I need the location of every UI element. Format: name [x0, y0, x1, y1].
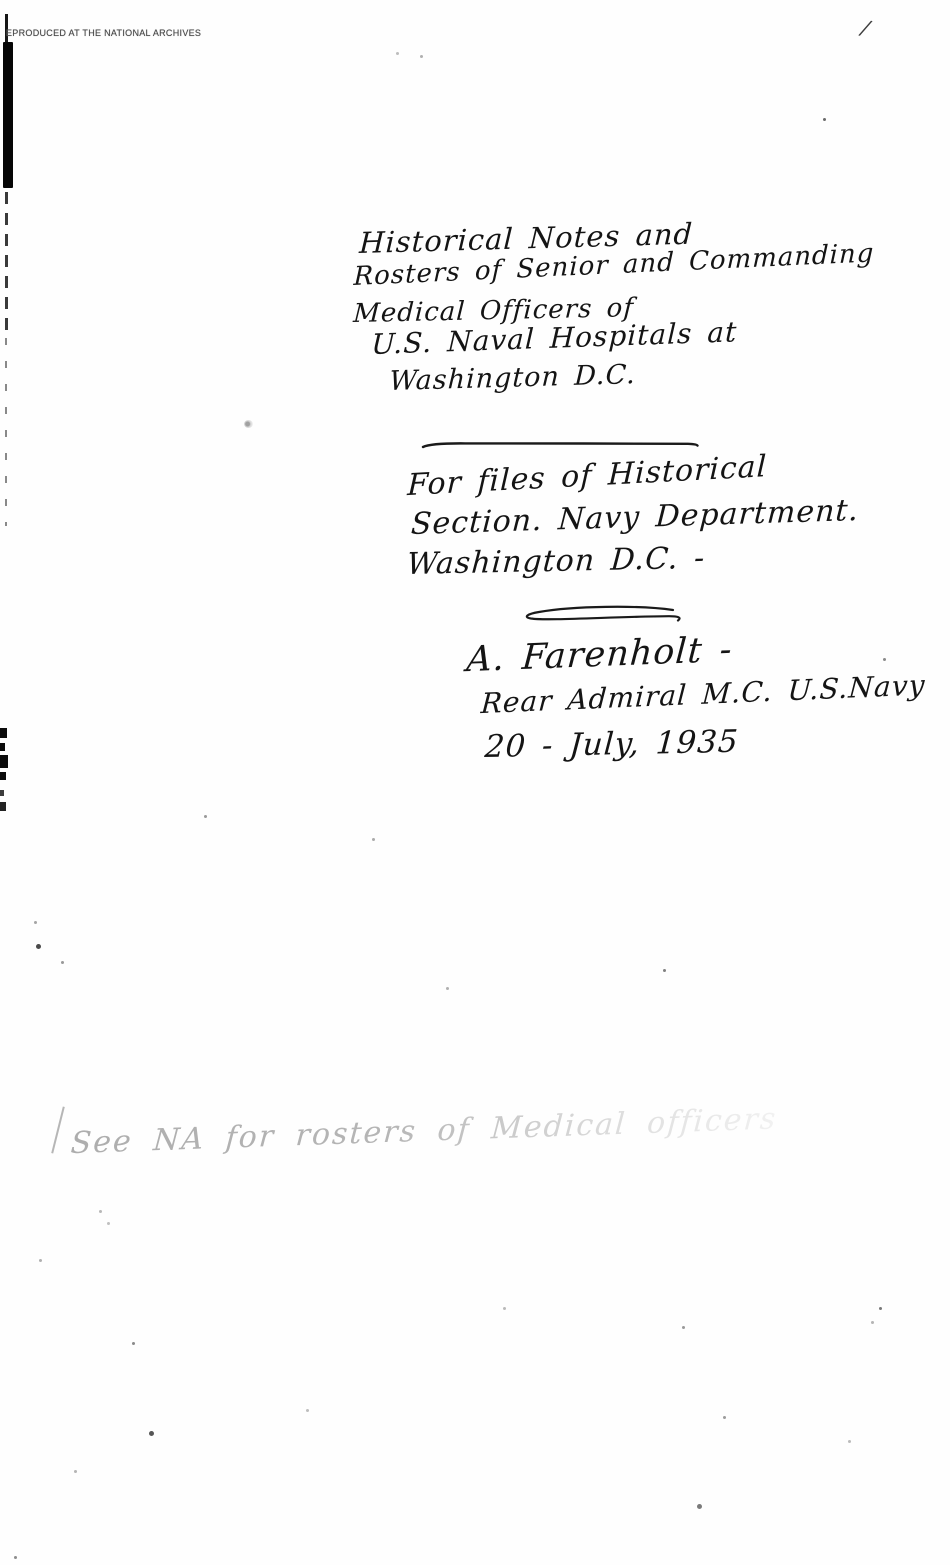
pencil-stroke [51, 1106, 65, 1153]
scan-edge-dashes-faint [5, 338, 7, 526]
signature-date: 20 - July, 1935 [484, 724, 740, 765]
divider-line [420, 438, 702, 450]
page-corner-mark: / [859, 16, 872, 41]
flourish-line [521, 603, 689, 627]
file-note-line-1: For files of Historical [407, 449, 768, 503]
file-note-line-2: Section. Navy Department. [410, 493, 860, 542]
scan-edge-dashes [5, 192, 8, 334]
ink-smudge [244, 420, 253, 428]
scan-edge-bar [3, 42, 13, 188]
scan-edge-marks [0, 728, 12, 814]
file-note-line-3: Washington D.C. - [406, 541, 707, 582]
document-page: EPRODUCED AT THE NATIONAL ARCHIVES / His… [0, 0, 950, 1565]
signature-name: A. Farenholt - [465, 630, 734, 680]
title-line-5: Washington D.C. [389, 359, 637, 397]
archives-stamp: EPRODUCED AT THE NATIONAL ARCHIVES [6, 28, 201, 38]
pencil-note: See NA for rosters of Medical officers [70, 1101, 779, 1161]
paper-specks [0, 0, 3, 3]
